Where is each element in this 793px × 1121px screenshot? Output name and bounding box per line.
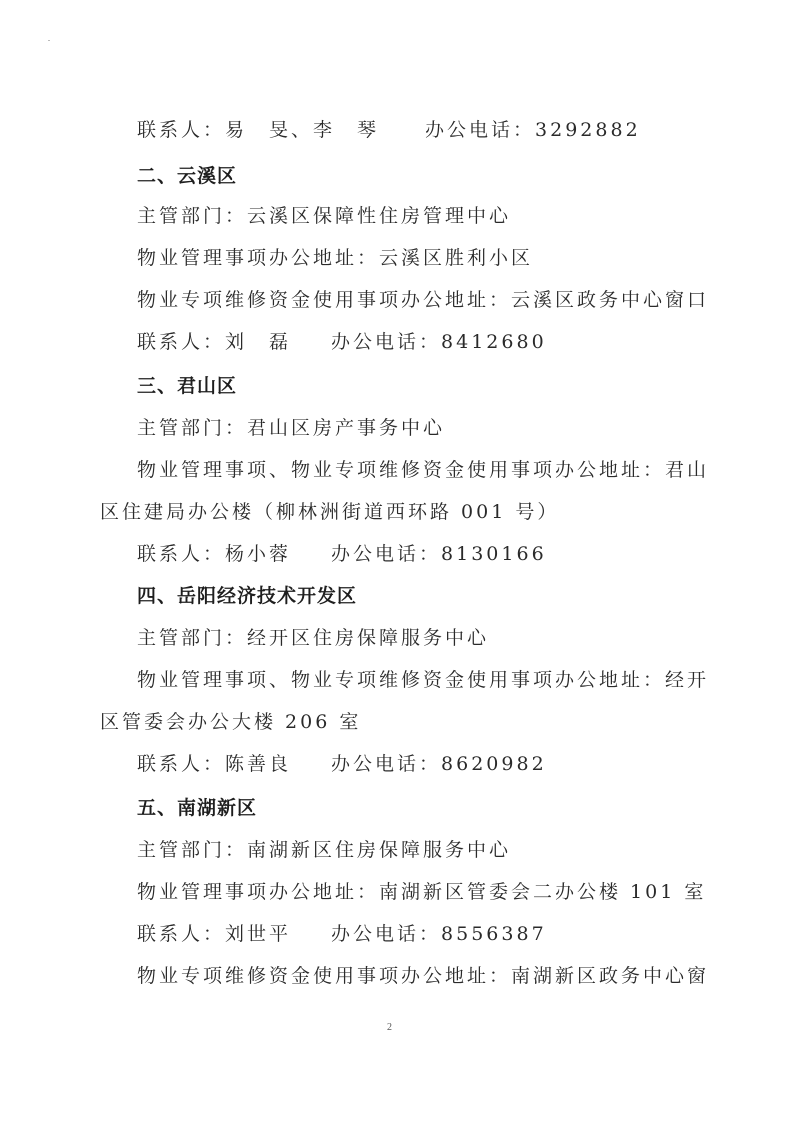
contact-label: 联系人： — [137, 923, 225, 945]
contact-line-previous-section: 联系人：易 旻、李 琴办公电话：3292882 — [137, 118, 641, 142]
phone-label: 办公电话： — [331, 923, 441, 945]
address-economic-zone-line1: 物业管理事项、物业专项维修资金使用事项办公地址：经开 — [137, 668, 709, 692]
contact-label: 联系人： — [137, 331, 225, 353]
contact-name: 杨小蓉 — [225, 543, 291, 565]
section-heading-junshan: 三、君山区 — [137, 374, 237, 398]
contact-label: 联系人： — [137, 753, 225, 775]
phone-label: 办公电话： — [425, 119, 535, 141]
contact-names: 易 旻、李 琴 — [225, 119, 379, 141]
phone-number: 8412680 — [441, 331, 547, 353]
page-number: 2 — [387, 1022, 392, 1033]
address-economic-zone-line2: 区管委会办公大楼 206 室 — [100, 710, 361, 734]
contact-label: 联系人： — [137, 543, 225, 565]
section-heading-yunxi: 二、云溪区 — [137, 164, 237, 188]
phone-number: 8130166 — [441, 543, 547, 565]
scan-artifact — [48, 40, 50, 41]
phone-label: 办公电话： — [331, 331, 441, 353]
property-address-yunxi: 物业管理事项办公地址：云溪区胜利小区 — [137, 246, 533, 270]
department-junshan: 主管部门：君山区房产事务中心 — [137, 416, 445, 440]
phone-label: 办公电话： — [331, 753, 441, 775]
property-address-nanhu: 物业管理事项办公地址：南湖新区管委会二办公楼 101 室 — [137, 880, 706, 904]
department-nanhu: 主管部门：南湖新区住房保障服务中心 — [137, 838, 511, 862]
contact-name: 刘 磊 — [225, 331, 291, 353]
phone-number: 3292882 — [535, 119, 641, 141]
contact-line-junshan: 联系人：杨小蓉办公电话：8130166 — [137, 542, 547, 566]
phone-label: 办公电话： — [331, 543, 441, 565]
contact-line-nanhu: 联系人：刘世平办公电话：8556387 — [137, 922, 547, 946]
address-junshan-line2: 区住建局办公楼（柳林洲街道西环路 001 号） — [100, 500, 559, 524]
department-yunxi: 主管部门：云溪区保障性住房管理中心 — [137, 204, 511, 228]
contact-line-yunxi: 联系人：刘 磊办公电话：8412680 — [137, 330, 547, 354]
section-heading-nanhu: 五、南湖新区 — [137, 796, 257, 820]
department-economic-zone: 主管部门：经开区住房保障服务中心 — [137, 626, 489, 650]
fund-address-yunxi: 物业专项维修资金使用事项办公地址：云溪区政务中心窗口 — [137, 288, 709, 312]
contact-line-economic-zone: 联系人：陈善良办公电话：8620982 — [137, 752, 547, 776]
contact-label: 联系人： — [137, 119, 225, 141]
phone-number: 8556387 — [441, 923, 547, 945]
phone-number: 8620982 — [441, 753, 547, 775]
section-heading-economic-zone: 四、岳阳经济技术开发区 — [137, 584, 357, 608]
contact-name: 刘世平 — [225, 923, 291, 945]
fund-address-nanhu: 物业专项维修资金使用事项办公地址：南湖新区政务中心窗 — [137, 964, 709, 988]
contact-name: 陈善良 — [225, 753, 291, 775]
address-junshan-line1: 物业管理事项、物业专项维修资金使用事项办公地址：君山 — [137, 458, 709, 482]
